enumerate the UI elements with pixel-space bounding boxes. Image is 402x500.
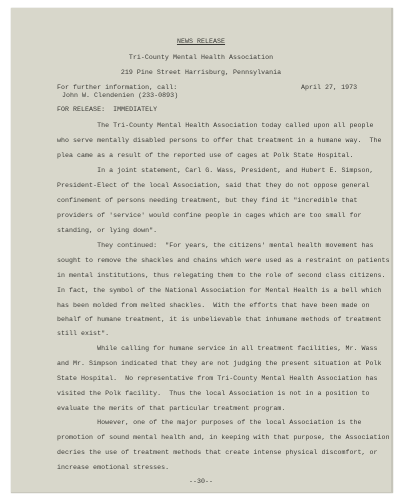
organization-name: Tri-County Mental Health Association	[0, 54, 402, 61]
organization-address: 219 Pine Street Harrisburg, Pennsylvania	[0, 69, 402, 76]
body-line: In fact, the symbol of the National Asso…	[57, 287, 382, 294]
body-line: visited the Polk facility. Thus the loca…	[57, 390, 370, 397]
body-line: plea came as a result of the reported us…	[57, 152, 354, 159]
body-line: The Tri-County Mental Health Association…	[57, 122, 374, 129]
body-line: who serve mentally disabled persons to o…	[57, 137, 382, 144]
body-line: However, one of the major purposes of th…	[57, 419, 362, 426]
body-line: They continued: "For years, the citizens…	[57, 242, 374, 249]
end-mark: --30--	[0, 478, 402, 485]
body-line: President-Elect of the local Association…	[57, 182, 370, 189]
body-line: promotion of sound mental health and, in…	[57, 434, 390, 441]
body-line: While calling for humane service in all …	[57, 345, 378, 352]
body-line: increase emotional stresses.	[57, 464, 169, 471]
body-line: providers of 'service' would confine peo…	[57, 212, 362, 219]
body-line: State Hospital. No representative from T…	[57, 375, 378, 382]
news-release-document: NEWS RELEASE Tri-County Mental Health As…	[0, 0, 402, 500]
body-line: in mental institutions, thus relegating …	[57, 272, 386, 279]
body-line: behalf of humane treatment, it is unbeli…	[57, 316, 382, 323]
body-line: has been molded from melted shackles. Wi…	[57, 302, 370, 309]
release-date: April 27, 1973	[301, 84, 357, 91]
release-instruction: FOR RELEASE: IMMEDIATELY	[57, 106, 157, 113]
contact-name: John W. Clendenien (233-0893)	[62, 92, 178, 99]
body-line: evaluate the merits of that particular t…	[57, 405, 285, 412]
body-line: still exist".	[57, 330, 109, 337]
body-line: decries the use of treatment methods tha…	[57, 449, 378, 456]
body-line: sought to remove the shackles and chains…	[57, 257, 390, 264]
contact-label: For further information, call:	[57, 84, 177, 91]
body-line: confinement of persons needing treatment…	[57, 197, 358, 204]
body-line: standing, or lying down".	[57, 227, 157, 234]
body-line: In a joint statement, Carl G. Wass, Pres…	[57, 167, 374, 174]
document-title: NEWS RELEASE	[0, 38, 402, 45]
body-line: and Mr. Simpson indicated that they are …	[57, 360, 382, 367]
